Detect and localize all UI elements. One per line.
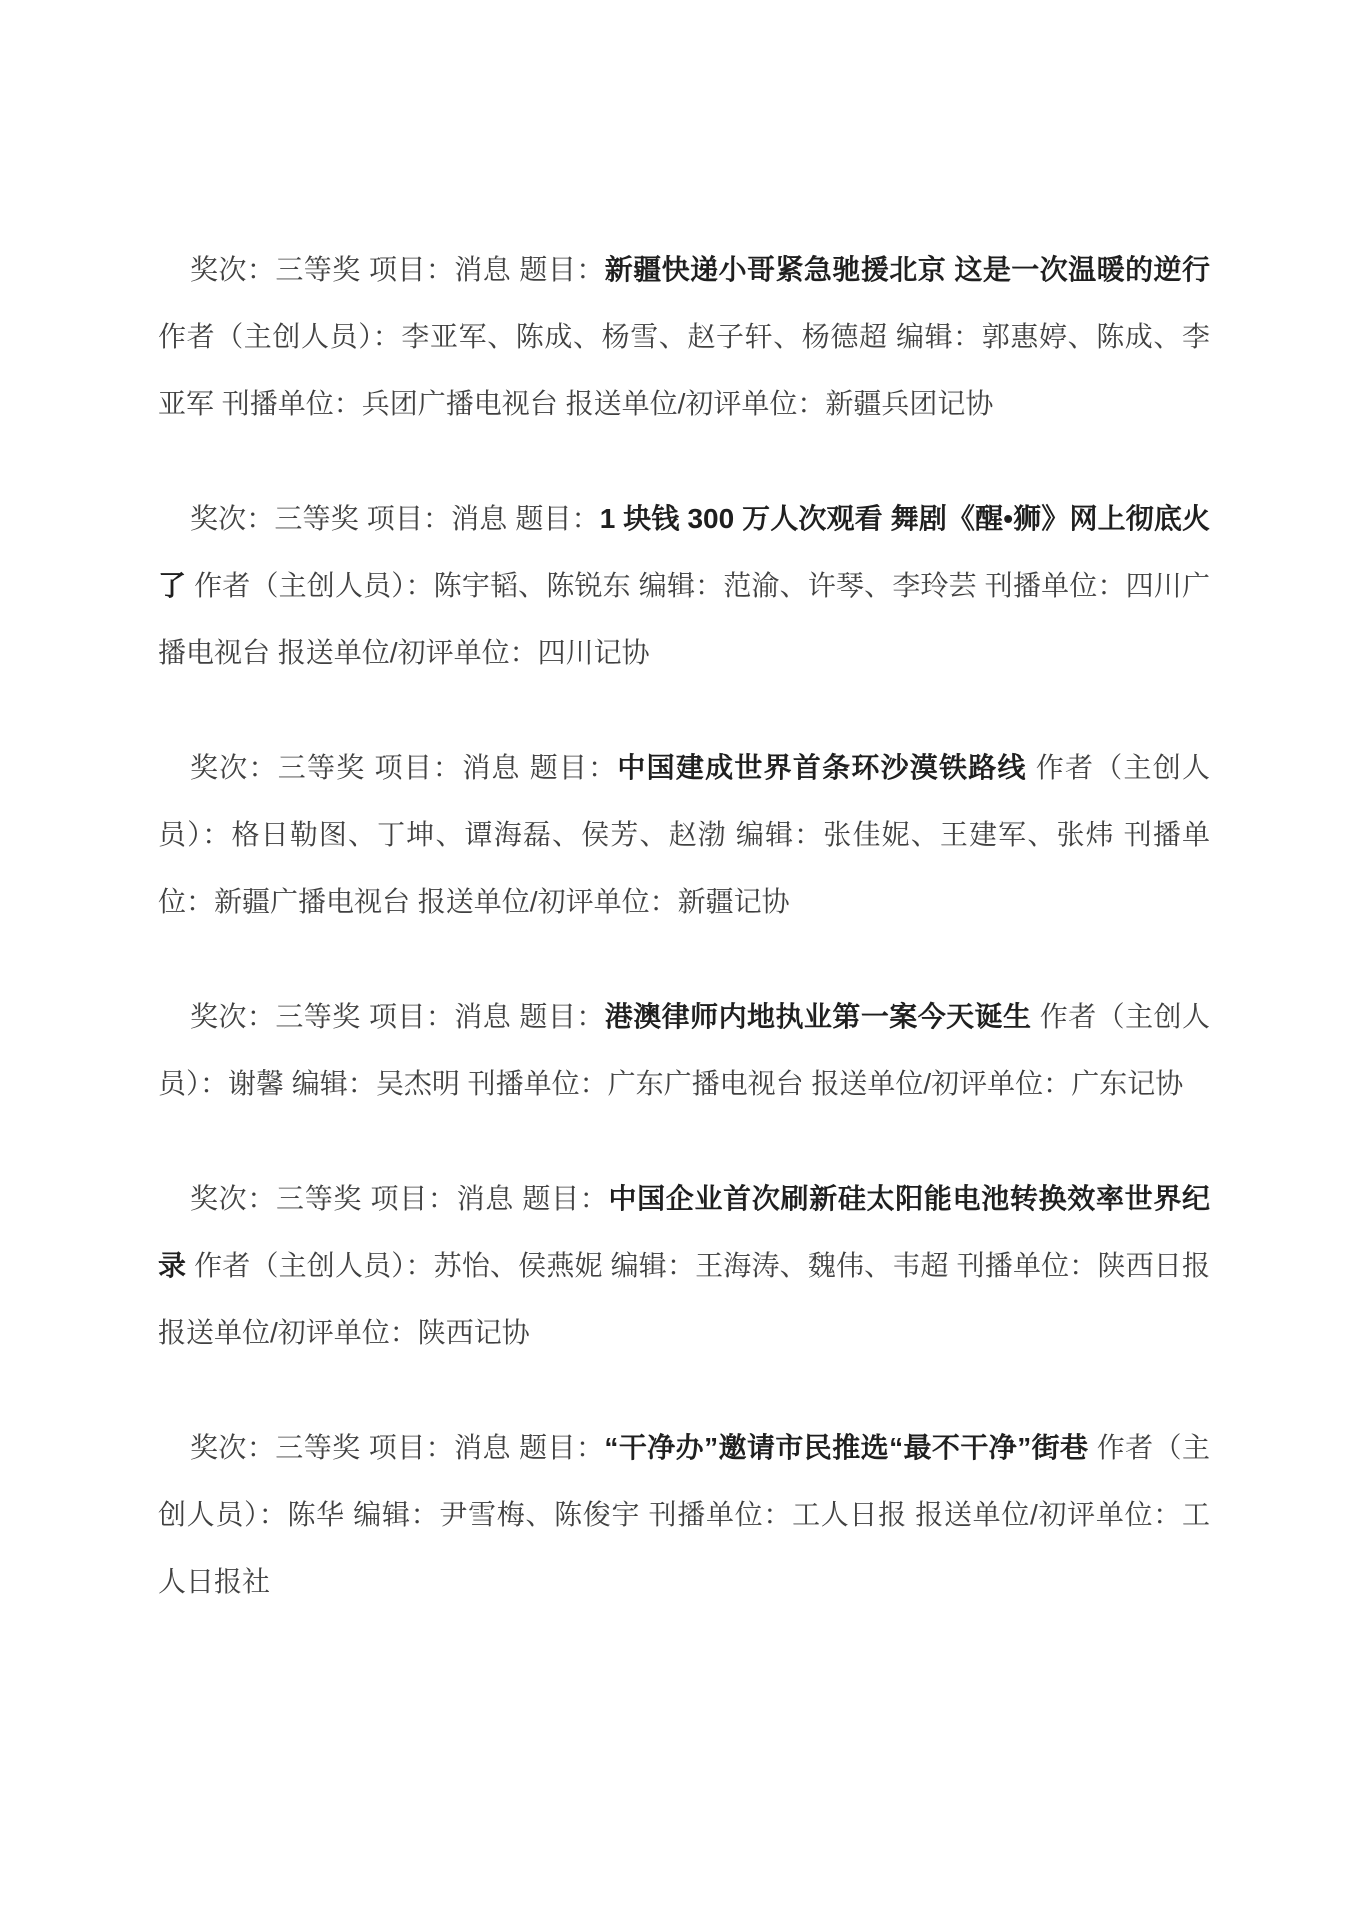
category-label: 项目： (361, 254, 455, 285)
category-label: 项目： (362, 1183, 457, 1214)
title-label: 题目： (507, 503, 599, 534)
category-value: 消息 (454, 1432, 511, 1463)
publisher-value: 工人日报 (792, 1499, 907, 1530)
title-value: 港澳律师内地执业第一案今天诞生 (605, 1001, 1032, 1032)
award-entry-4: 奖次：三等奖 项目：消息 题目：港澳律师内地执业第一案今天诞生 作者（主创人员）… (158, 983, 1210, 1117)
award-value: 三等奖 (276, 1183, 362, 1214)
authors-value: 李亚军、陈成、杨雪、赵子轩、杨德超 (401, 321, 887, 352)
authors-value: 陈华 (287, 1499, 344, 1530)
title-label: 题目： (511, 254, 605, 285)
award-label: 奖次： (190, 1183, 276, 1214)
category-label: 项目： (365, 752, 462, 783)
publisher-value: 兵团广播电视台 (362, 388, 558, 419)
editors-value: 尹雪梅、陈俊宇 (439, 1499, 640, 1530)
publisher-value: 陕西日报 (1097, 1250, 1210, 1281)
title-value: “干净办”邀请市民推选“最不干净”街巷 (604, 1432, 1088, 1463)
editors-label: 编辑： (603, 1250, 695, 1281)
submitter-value: 新疆记协 (678, 886, 790, 917)
publisher-value: 新疆广播电视台 (214, 886, 410, 917)
award-value: 三等奖 (278, 752, 366, 783)
authors-value: 谢馨 (228, 1068, 284, 1099)
award-value: 三等奖 (274, 503, 358, 534)
editors-label: 编辑： (345, 1499, 440, 1530)
award-list: 奖次：三等奖 项目：消息 题目：新疆快递小哥紧急驰援北京 这是一次温暖的逆行 作… (0, 0, 1350, 1615)
editors-label: 编辑： (284, 1068, 376, 1099)
publisher-value: 广东广播电视台 (608, 1068, 804, 1099)
submitter-label: 报送单位/初评单位： (270, 637, 538, 668)
award-label: 奖次： (190, 254, 275, 285)
editors-label: 编辑： (631, 570, 723, 601)
award-entry-1: 奖次：三等奖 项目：消息 题目：新疆快递小哥紧急驰援北京 这是一次温暖的逆行 作… (158, 236, 1210, 437)
editors-label: 编辑： (727, 819, 823, 850)
authors-label: 作者（主创人员）： (186, 1250, 433, 1281)
award-label: 奖次： (190, 752, 278, 783)
award-value: 三等奖 (275, 254, 360, 285)
category-value: 消息 (457, 1183, 514, 1214)
submitter-value: 陕西记协 (418, 1317, 530, 1348)
award-label: 奖次： (190, 1432, 275, 1463)
authors-value: 格日勒图、丁坤、谭海磊、侯芳、赵渤 (231, 819, 726, 850)
publisher-label: 刊播单位： (460, 1068, 608, 1099)
category-label: 项目： (361, 1432, 454, 1463)
submitter-label: 报送单位/初评单位： (804, 1068, 1072, 1099)
award-entry-3: 奖次：三等奖 项目：消息 题目：中国建成世界首条环沙漠铁路线 作者（主创人员）：… (158, 734, 1210, 935)
title-value: 新疆快递小哥紧急驰援北京 这是一次温暖的逆行 (605, 254, 1210, 285)
title-label: 题目： (521, 752, 618, 783)
submitter-label: 报送单位/初评单位： (410, 886, 678, 917)
award-entry-2: 奖次：三等奖 项目：消息 题目：1 块钱 300 万人次观看 舞剧《醒•狮》网上… (158, 485, 1210, 686)
submitter-value: 四川记协 (538, 637, 650, 668)
publisher-label: 刊播单位： (977, 570, 1126, 601)
submitter-value: 新疆兵团记协 (825, 388, 993, 419)
category-value: 消息 (454, 254, 511, 285)
authors-value: 苏怡、侯燕妮 (434, 1250, 603, 1281)
publisher-label: 刊播单位： (949, 1250, 1098, 1281)
title-label: 题目： (511, 1001, 605, 1032)
document-page: 奖次：三等奖 项目：消息 题目：新疆快递小哥紧急驰援北京 这是一次温暖的逆行 作… (0, 0, 1350, 1910)
title-label: 题目： (511, 1432, 604, 1463)
category-value: 消息 (462, 752, 520, 783)
editors-value: 王海涛、魏伟、韦超 (695, 1250, 949, 1281)
award-value: 三等奖 (275, 1001, 360, 1032)
authors-value: 陈宇韬、陈锐东 (434, 570, 631, 601)
editors-value: 吴杰明 (376, 1068, 460, 1099)
category-label: 项目： (361, 1001, 455, 1032)
title-label: 题目： (514, 1183, 609, 1214)
award-label: 奖次： (190, 503, 274, 534)
award-entry-5: 奖次：三等奖 项目：消息 题目：中国企业首次刷新硅太阳能电池转换效率世界纪录 作… (158, 1165, 1210, 1366)
category-value: 消息 (451, 503, 507, 534)
category-label: 项目： (359, 503, 451, 534)
submitter-label: 报送单位/初评单位： (158, 1317, 418, 1348)
editors-label: 编辑： (888, 321, 982, 352)
authors-label: 作者（主创人员）： (186, 570, 433, 601)
award-label: 奖次： (190, 1001, 275, 1032)
editors-value: 范渝、许琴、李玲芸 (723, 570, 977, 601)
editors-value: 张佳妮、王建军、张炜 (823, 819, 1114, 850)
category-value: 消息 (454, 1001, 511, 1032)
submitter-label: 报送单位/初评单位： (558, 388, 826, 419)
award-value: 三等奖 (275, 1432, 360, 1463)
title-value: 中国建成世界首条环沙漠铁路线 (617, 752, 1026, 783)
publisher-label: 刊播单位： (640, 1499, 792, 1530)
publisher-label: 刊播单位： (214, 388, 362, 419)
submitter-label: 报送单位/初评单位： (907, 1499, 1182, 1530)
submitter-value: 广东记协 (1071, 1068, 1183, 1099)
authors-label: 作者（主创人员）： (158, 321, 401, 352)
award-entry-6: 奖次：三等奖 项目：消息 题目：“干净办”邀请市民推选“最不干净”街巷 作者（主… (158, 1414, 1210, 1615)
